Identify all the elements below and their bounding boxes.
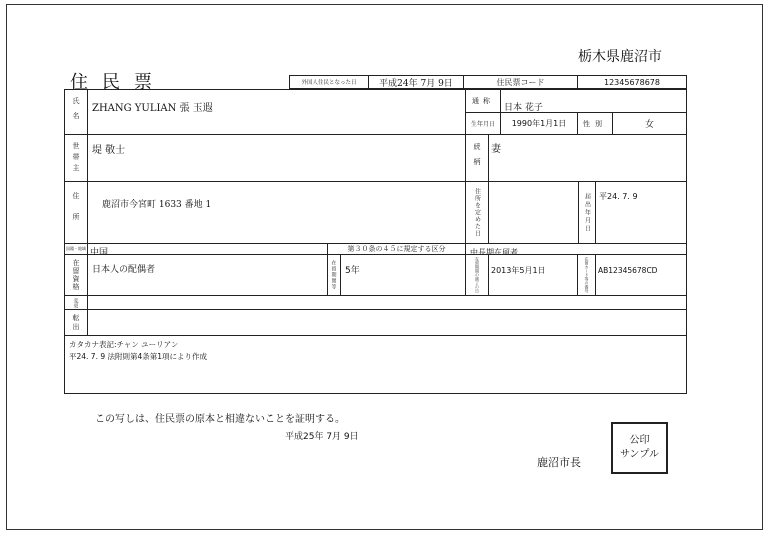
birthdate-cell: 1990年1月1日 <box>500 112 578 135</box>
registered-date-label: 届出年月日 <box>583 193 592 233</box>
relationship-cell: 妻 <box>488 134 687 182</box>
relationship-label-cell: 続柄 <box>465 134 489 182</box>
relationship-label: 続柄 <box>472 143 482 173</box>
remarks-line-2: 平24. 7. 9 法附則第4条第1項により作成 <box>69 351 682 363</box>
resident-code: 12345678678 <box>604 78 660 87</box>
resident-code-label: 住民票コード <box>497 77 545 88</box>
alias-cell: 日本 花子 <box>500 89 687 113</box>
relationship-value: 妻 <box>491 144 501 155</box>
card-cell: AB12345678CD <box>595 254 687 296</box>
foreign-resident-date-label: 外国人住民となった日 <box>301 78 356 86</box>
household-head-value: 堤 敬士 <box>92 145 125 156</box>
alias-label: 通称 <box>472 96 494 106</box>
expiry-label: 在留期間の満了の日 <box>474 257 480 293</box>
resident-code-label-cell: 住民票コード <box>463 75 578 89</box>
address-cell: 鹿沼市今宮町 1633 番地 1 <box>87 181 466 244</box>
name-value: ZHANG YULIAN 張 玉遐 <box>92 103 213 114</box>
change-label: 変更 <box>73 298 80 308</box>
household-head-label: 世帯主 <box>71 142 81 175</box>
sex-label-cell: 性別 <box>577 112 613 135</box>
birthdate-value: 1990年1月1日 <box>512 118 567 129</box>
period-cell: 5年 <box>340 254 466 296</box>
address-date-label: 住所を定めた日 <box>473 188 482 237</box>
registered-date-label-cell: 届出年月日 <box>578 181 596 244</box>
period-label: 在留期間等 <box>331 260 338 290</box>
remarks-cell: カタカナ表記:チャン ユーリアン 平24. 7. 9 法附則第4条第1項により作… <box>64 335 687 394</box>
card-value: AB12345678CD <box>598 266 657 275</box>
moveout-label-cell: 転出 <box>64 309 88 336</box>
municipality-title: 栃木県鹿沼市 <box>578 46 662 66</box>
status-cell: 日本人の配偶者 <box>87 254 328 296</box>
sex-cell: 女 <box>612 112 687 135</box>
moveout-cell <box>87 309 687 336</box>
name-cell: ZHANG YULIAN 張 玉遐 <box>87 89 466 135</box>
change-cell <box>87 295 687 310</box>
stamp-line-1: 公印 <box>630 434 650 448</box>
issuer: 鹿沼市長 <box>537 454 581 470</box>
status-value: 日本人の配偶者 <box>92 265 155 275</box>
status-label: 在留資格 <box>71 259 81 291</box>
certification-statement: この写しは、住民票の原本と相違ないことを証明する。 <box>95 410 345 425</box>
period-value: 5年 <box>345 266 360 276</box>
registered-date-cell: 平24. 7. 9 <box>595 181 687 244</box>
stamp-line-2: サンプル <box>620 448 659 462</box>
alias-label-cell: 通称 <box>465 89 501 113</box>
card-label-cell: 在留カード等の番号 <box>577 254 596 296</box>
change-label-cell: 変更 <box>64 295 88 310</box>
address-date-label-cell: 住所を定めた日 <box>465 181 489 244</box>
address-value: 鹿沼市今宮町 1633 番地 1 <box>102 200 211 210</box>
article-label: 第３０条の４５に規定する区分 <box>348 244 446 254</box>
name-label: 氏名 <box>71 97 81 127</box>
sex-value: 女 <box>645 117 654 130</box>
certification-date: 平成25年 7月 9日 <box>285 429 359 442</box>
address-label: 住所 <box>71 192 81 234</box>
birthdate-label: 生年月日 <box>471 119 495 128</box>
foreign-resident-date-cell: 平成24年 7月 9日 <box>368 75 464 89</box>
moveout-label: 転出 <box>71 314 81 332</box>
status-label-cell: 在留資格 <box>64 254 88 296</box>
nationality-label: 国籍・地域 <box>66 246 86 252</box>
registered-date-value: 平24. 7. 9 <box>599 192 638 201</box>
foreign-resident-date-label-cell: 外国人住民となった日 <box>289 75 369 89</box>
resident-code-cell: 12345678678 <box>577 75 687 89</box>
card-label: 在留カード等の番号 <box>584 257 590 293</box>
sex-label: 性別 <box>583 119 607 129</box>
name-label-cell: 氏名 <box>64 89 88 135</box>
foreign-resident-date: 平成24年 7月 9日 <box>379 76 453 89</box>
household-head-label-cell: 世帯主 <box>64 134 88 182</box>
address-date-cell <box>488 181 579 244</box>
expiry-label-cell: 在留期間の満了の日 <box>465 254 489 296</box>
address-label-cell: 住所 <box>64 181 88 244</box>
birthdate-label-cell: 生年月日 <box>465 112 501 135</box>
official-seal-stamp: 公印 サンプル <box>611 422 668 474</box>
household-head-cell: 堤 敬士 <box>87 134 466 182</box>
expiry-cell: 2013年5月1日 <box>488 254 578 296</box>
period-label-cell: 在留期間等 <box>327 254 341 296</box>
expiry-value: 2013年5月1日 <box>491 266 546 275</box>
remarks-line-1: カタカナ表記:チャン ユーリアン <box>69 339 682 351</box>
